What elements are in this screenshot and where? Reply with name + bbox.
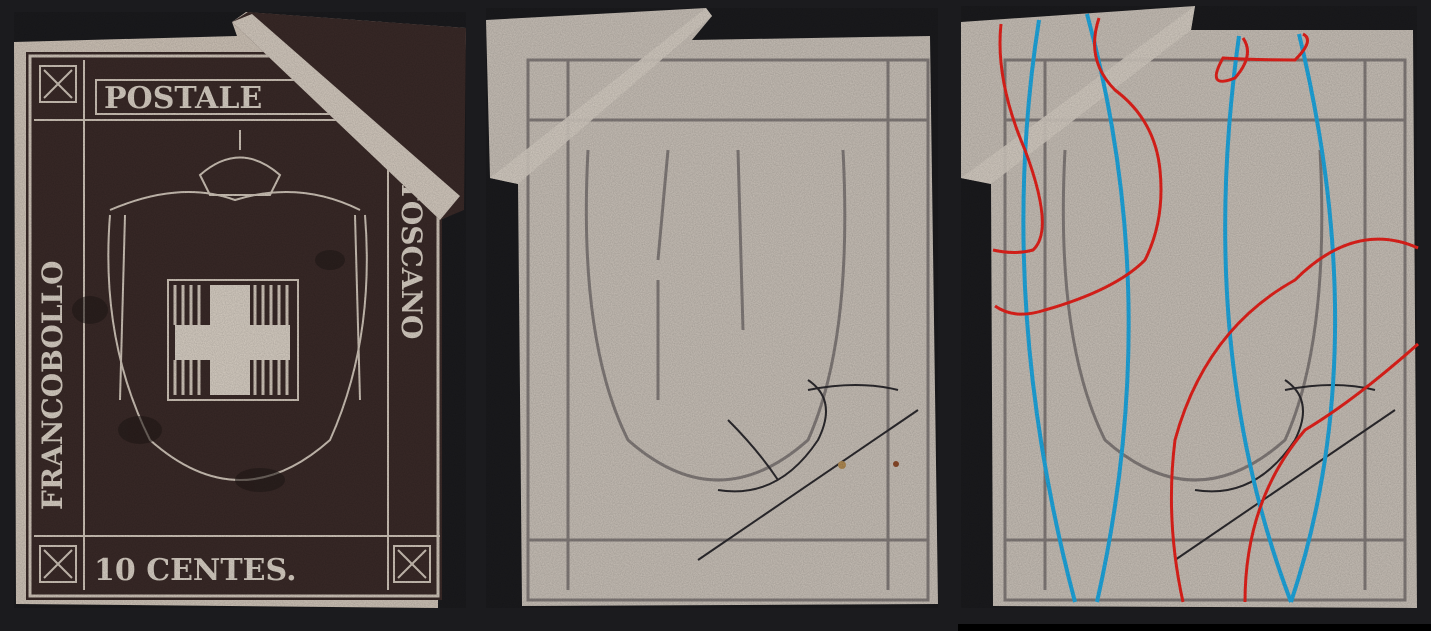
bottom-black-bar	[958, 624, 1431, 631]
stamp-back-image	[478, 0, 948, 631]
stamp-back-annotated-image	[955, 0, 1431, 631]
stamp-front-image: POSTALE FRANCOBOLLO TOSCANO 10 CENTES.	[0, 0, 470, 631]
stamp-back-annotated-svg	[955, 0, 1431, 631]
stamp-back-svg	[478, 0, 948, 631]
stamp-front-svg: POSTALE FRANCOBOLLO TOSCANO 10 CENTES.	[0, 0, 470, 631]
